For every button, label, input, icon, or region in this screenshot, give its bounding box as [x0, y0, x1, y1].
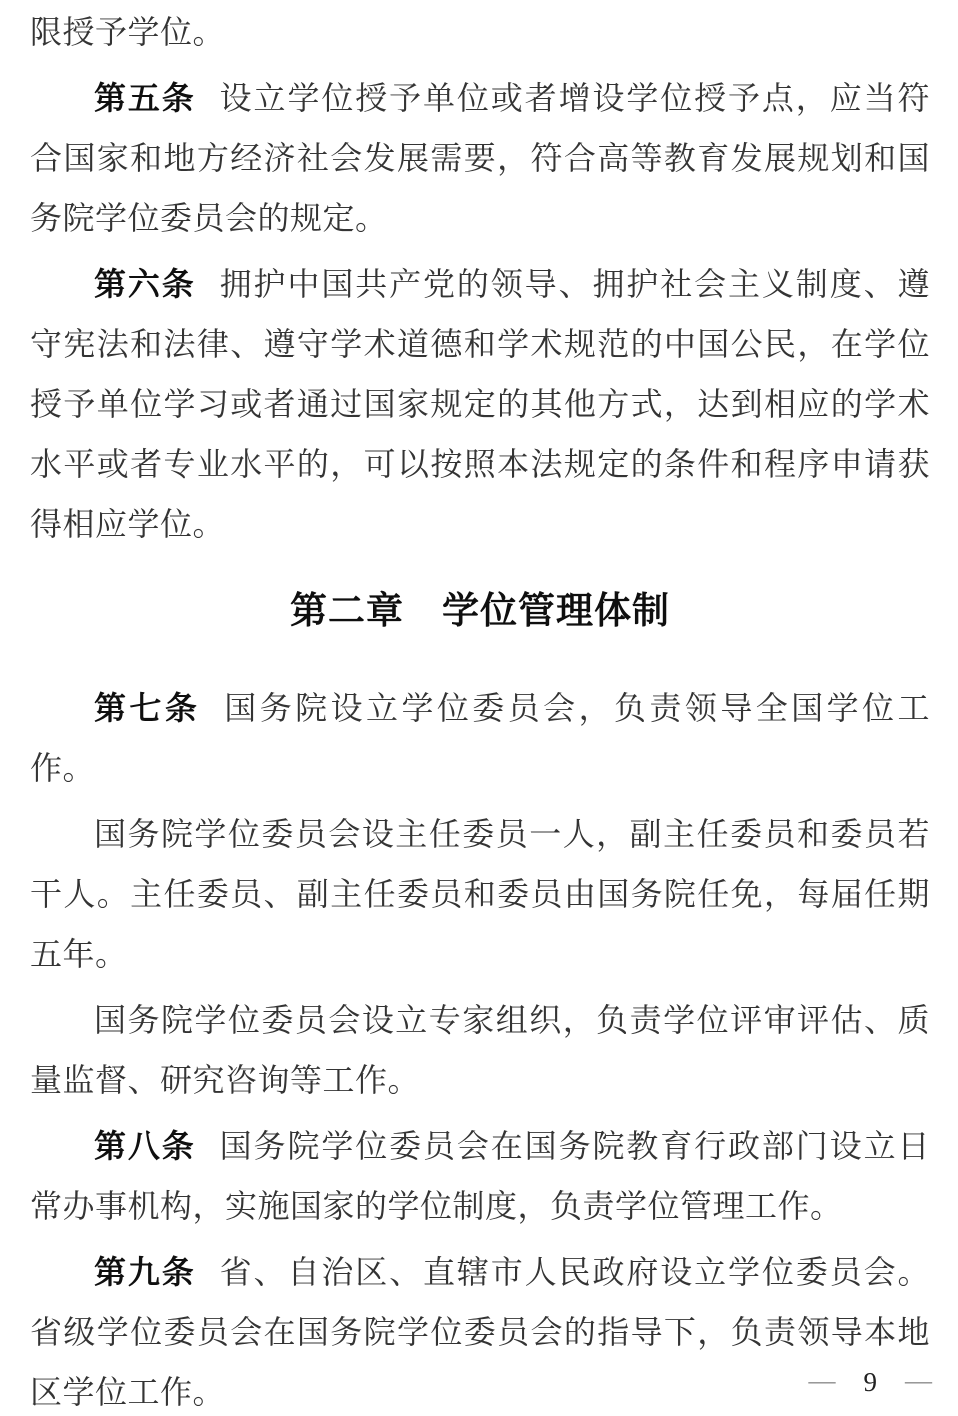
- paragraph: 国务院学位委员会设立专家组织，负责学位评审评估、质量监督、研究咨询等工作。: [30, 990, 930, 1110]
- paragraph-text: 国务院学位委员会设立专家组织，负责学位评审评估、质量监督、研究咨询等工作。: [30, 1002, 930, 1098]
- page-number-value: 9: [864, 1362, 878, 1402]
- article-number-label: 第七条: [94, 690, 200, 726]
- chapter-heading-text: 第二章 学位管理体制: [290, 591, 670, 632]
- paragraph: 第六条拥护中国共产党的领导、拥护社会主义制度、遵守宪法和法律、遵守学术道德和学术…: [30, 254, 930, 554]
- article-number-label: 第九条: [94, 1254, 196, 1290]
- page-number-left-dash: —: [809, 1365, 836, 1395]
- paragraph-text: 拥护中国共产党的领导、拥护社会主义制度、遵守宪法和法律、遵守学术道德和学术规范的…: [30, 266, 930, 542]
- chapter-heading: 第二章 学位管理体制: [30, 582, 930, 642]
- page-number: —9—: [809, 1362, 933, 1402]
- paragraph: 限授予学位。: [30, 2, 930, 62]
- article-number-label: 第五条: [94, 80, 196, 116]
- paragraph: 第八条国务院学位委员会在国务院教育行政部门设立日常办事机构，实施国家的学位制度，…: [30, 1116, 930, 1236]
- document-body: 限授予学位。第五条设立学位授予单位或者增设学位授予点，应当符合国家和地方经济社会…: [30, 2, 930, 1416]
- paragraph-text: 国务院学位委员会设主任委员一人，副主任委员和委员若干人。主任委员、副主任委员和委…: [30, 816, 930, 972]
- article-number-label: 第八条: [94, 1128, 196, 1164]
- paragraph: 第五条设立学位授予单位或者增设学位授予点，应当符合国家和地方经济社会发展需要，符…: [30, 68, 930, 248]
- paragraph: 国务院学位委员会设主任委员一人，副主任委员和委员若干人。主任委员、副主任委员和委…: [30, 804, 930, 984]
- article-number-label: 第六条: [94, 266, 196, 302]
- paragraph: 第九条省、自治区、直辖市人民政府设立学位委员会。省级学位委员会在国务院学位委员会…: [30, 1242, 930, 1416]
- document-page: 限授予学位。第五条设立学位授予单位或者增设学位授予点，应当符合国家和地方经济社会…: [0, 0, 958, 1416]
- paragraph-text: 限授予学位。: [30, 14, 225, 50]
- paragraph: 第七条国务院设立学位委员会，负责领导全国学位工作。: [30, 678, 930, 798]
- page-number-right-dash: —: [905, 1365, 932, 1395]
